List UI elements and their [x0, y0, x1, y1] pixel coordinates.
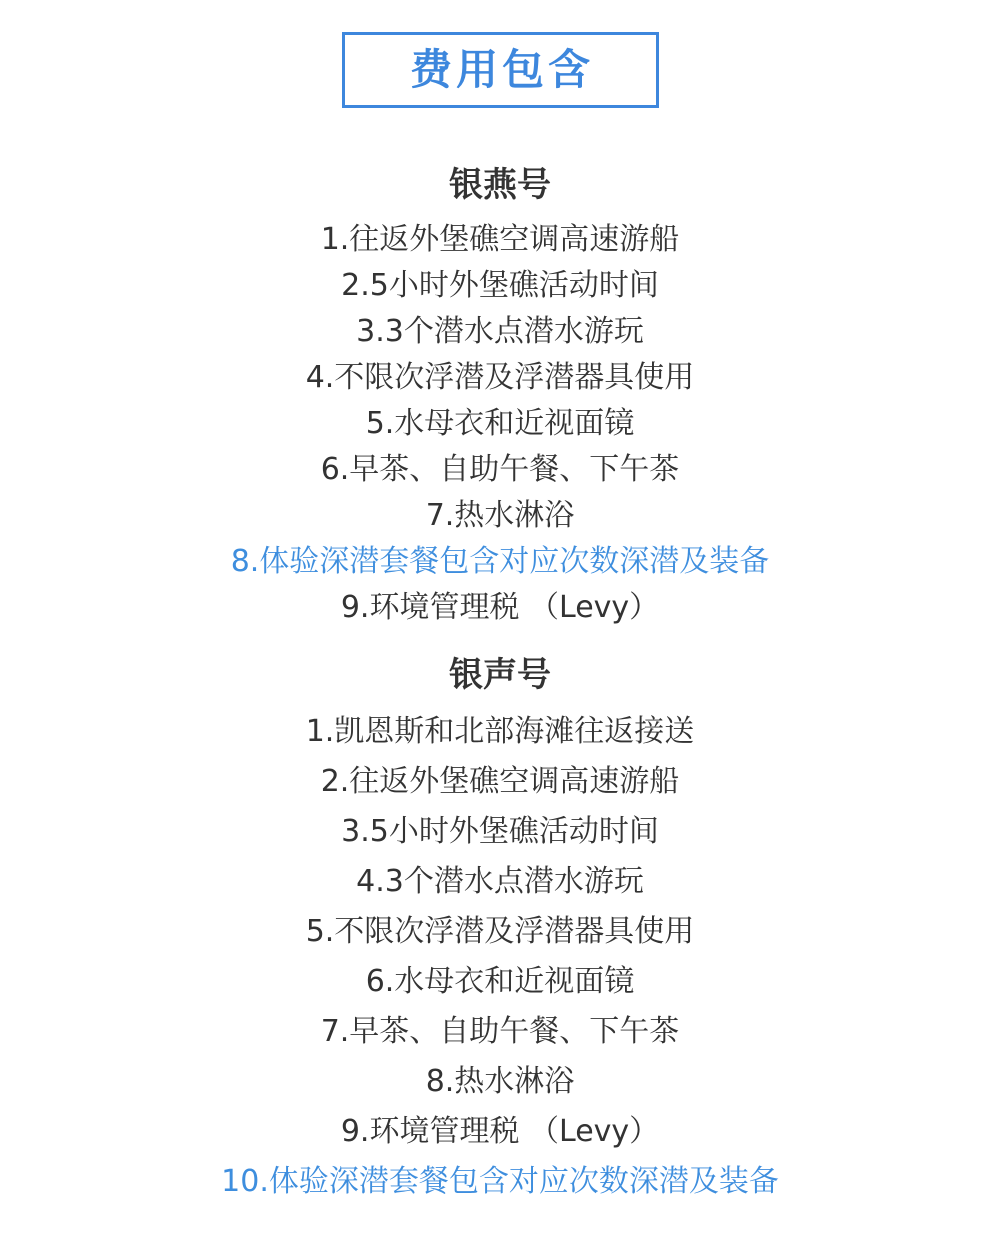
list-item-highlighted: 10.体验深潜套餐包含对应次数深潜及装备	[0, 1157, 1000, 1207]
list-item: 4.3个潜水点潜水游玩	[0, 857, 1000, 907]
fee-list-boat-1: 1.往返外堡礁空调高速游船 2.5小时外堡礁活动时间 3.3个潜水点潜水游玩 4…	[0, 217, 1000, 631]
page-title: 费用包含	[406, 49, 594, 91]
list-item: 8.热水淋浴	[0, 1057, 1000, 1107]
list-item: 6.水母衣和近视面镜	[0, 957, 1000, 1007]
list-item: 5.不限次浮潜及浮潜器具使用	[0, 907, 1000, 957]
section-boat-1: 银燕号 1.往返外堡礁空调高速游船 2.5小时外堡礁活动时间 3.3个潜水点潜水…	[0, 163, 1000, 631]
list-item: 4.不限次浮潜及浮潜器具使用	[0, 355, 1000, 401]
list-item: 2.5小时外堡礁活动时间	[0, 263, 1000, 309]
fee-list-boat-2: 1.凯恩斯和北部海滩往返接送 2.往返外堡礁空调高速游船 3.5小时外堡礁活动时…	[0, 707, 1000, 1207]
fees-included-title-box: 费用包含	[342, 32, 659, 108]
section-heading-boat-1: 银燕号	[0, 163, 1000, 207]
list-item: 9.环境管理税 （Levy）	[0, 585, 1000, 631]
section-boat-2: 银声号 1.凯恩斯和北部海滩往返接送 2.往返外堡礁空调高速游船 3.5小时外堡…	[0, 653, 1000, 1207]
list-item: 7.早茶、自助午餐、下午茶	[0, 1007, 1000, 1057]
list-item: 2.往返外堡礁空调高速游船	[0, 757, 1000, 807]
list-item: 7.热水淋浴	[0, 493, 1000, 539]
list-item: 9.环境管理税 （Levy）	[0, 1107, 1000, 1157]
list-item: 6.早茶、自助午餐、下午茶	[0, 447, 1000, 493]
list-item: 1.凯恩斯和北部海滩往返接送	[0, 707, 1000, 757]
list-item: 5.水母衣和近视面镜	[0, 401, 1000, 447]
list-item: 1.往返外堡礁空调高速游船	[0, 217, 1000, 263]
list-item: 3.3个潜水点潜水游玩	[0, 309, 1000, 355]
list-item-highlighted: 8.体验深潜套餐包含对应次数深潜及装备	[0, 539, 1000, 585]
section-heading-boat-2: 银声号	[0, 653, 1000, 697]
list-item: 3.5小时外堡礁活动时间	[0, 807, 1000, 857]
